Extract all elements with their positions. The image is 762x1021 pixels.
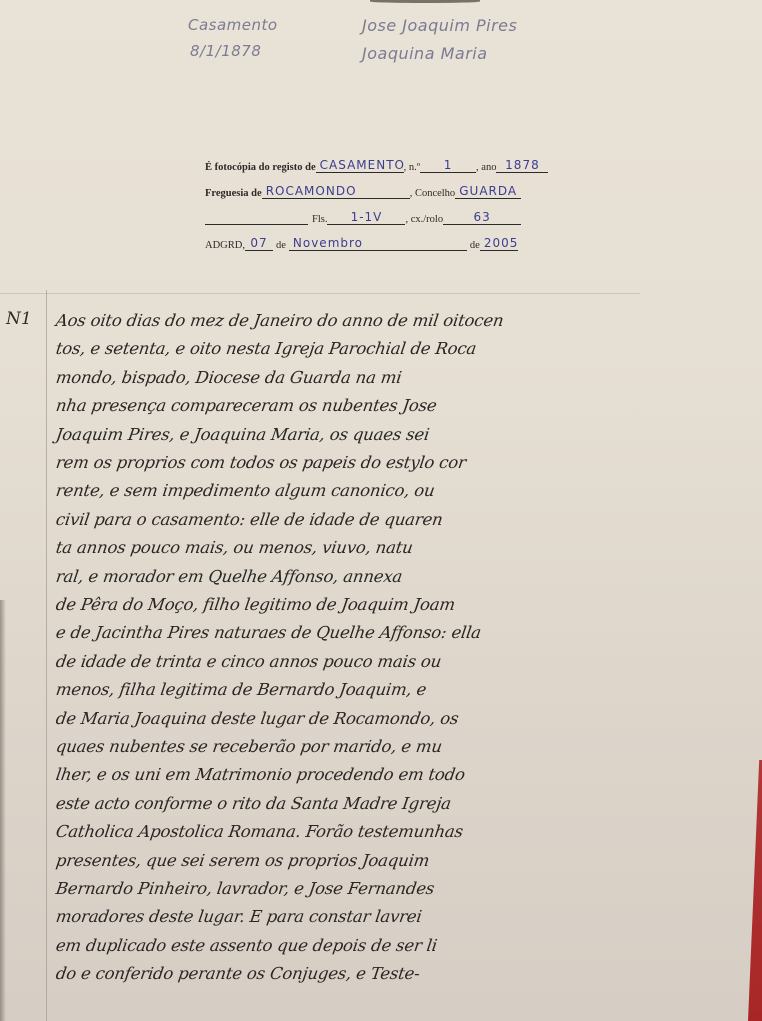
red-background-edge (748, 760, 762, 1021)
cert-label-freguesia: Freguesia de (205, 188, 262, 199)
cert-value-dia: 07 (245, 236, 273, 251)
cert-label-de2: de (470, 240, 480, 251)
cert-label-concelho: , Concelho (410, 188, 456, 199)
record-line: civil para o casamento: elle de idade de… (55, 510, 638, 529)
cert-value-concelho: GUARDA (455, 184, 521, 199)
binder-clip-shadow (370, 0, 480, 3)
record-line: menos, filha legitima de Bernardo Joaqui… (55, 680, 638, 699)
cert-value-registo: CASAMENTO (316, 158, 404, 173)
cert-line-folhas: Fls. 1-1V , cx./rolo 63 (205, 199, 565, 225)
record-line: Aos oito dias do mez de Janeiro do anno … (55, 311, 638, 330)
cert-value-ano: 1878 (496, 158, 548, 173)
record-line: rem os proprios com todos os papeis do e… (55, 453, 638, 472)
certification-stamp: É fotocópia do registo de CASAMENTO , n.… (205, 147, 565, 251)
record-line: ta annos pouco mais, ou menos, viuvo, na… (55, 538, 638, 557)
record-line: de Pêra do Moço, filho legitimo de Joaqu… (55, 595, 638, 614)
record-line: Bernardo Pinheiro, lavrador, e Jose Fern… (55, 879, 638, 898)
record-line: ral, e morador em Quelhe Affonso, annexa (55, 567, 638, 586)
cert-line-registo: É fotocópia do registo de CASAMENTO , n.… (205, 147, 565, 173)
cert-label-cx: , cx./rolo (405, 214, 443, 225)
cert-label-de1: de (276, 240, 286, 251)
cert-value-cx: 63 (443, 210, 521, 225)
margin-rule (46, 290, 47, 1021)
cert-value-ano-cert: 2005 (480, 236, 518, 251)
record-line: moradores deste lugar. E para constar la… (55, 907, 638, 926)
cert-label-numero: , n.º (404, 162, 420, 173)
record-line: e de Jacintha Pires naturaes de Quelhe A… (55, 623, 638, 642)
page-top-rule (0, 293, 640, 294)
pencil-note-type: Casamento (188, 16, 278, 34)
cert-line-freguesia: Freguesia de ROCAMONDO , Concelho GUARDA (205, 173, 565, 199)
record-line: Joaquim Pires, e Joaquina Maria, os quae… (55, 425, 638, 444)
record-line: de idade de trinta e cinco annos pouco m… (55, 652, 638, 671)
record-line: do e conferido perante os Conjuges, e Te… (55, 964, 638, 983)
cert-label-registo: É fotocópia do registo de (205, 162, 316, 173)
record-line: nha presença compareceram os nubentes Jo… (55, 396, 638, 415)
cert-value-freguesia: ROCAMONDO (262, 184, 410, 199)
entry-number: N1 (6, 309, 32, 329)
record-line: lher, e os uni em Matrimonio procedendo … (55, 765, 638, 784)
cert-line-data: ADGRD, 07 de Novembro de 2005 (205, 225, 565, 251)
cert-value-fls: 1-1V (327, 210, 405, 225)
record-line: tos, e setenta, e oito nesta Igreja Paro… (55, 339, 638, 358)
record-line: Catholica Apostolica Romana. Forão teste… (55, 822, 638, 841)
pencil-note-date: 8/1/1878 (190, 42, 261, 60)
scanned-document-page: Casamento 8/1/1878 Jose Joaquim Pires Jo… (0, 0, 762, 1021)
pencil-note-groom: Jose Joaquim Pires (362, 16, 517, 35)
record-line: rente, e sem impedimento algum canonico,… (55, 481, 638, 500)
cert-value-numero: 1 (420, 158, 476, 173)
cert-label-ano: , ano (476, 162, 496, 173)
pencil-note-bride: Joaquina Maria (362, 44, 488, 63)
record-line: presentes, que sei serem os proprios Joa… (55, 851, 638, 870)
record-line: de Maria Joaquina deste lugar de Rocamon… (55, 709, 638, 728)
record-line: este acto conforme o rito da Santa Madre… (55, 794, 638, 813)
record-line: quaes nubentes se receberão por marido, … (55, 737, 638, 756)
cert-label-fls: Fls. (312, 214, 327, 225)
cert-value-mes: Novembro (289, 236, 467, 251)
record-line: mondo, bispado, Diocese da Guarda na mi (55, 368, 638, 387)
cert-label-adgrd: ADGRD, (205, 240, 245, 251)
record-line: em duplicado este assento que depois de … (55, 936, 638, 955)
page-left-edge (0, 600, 6, 1021)
